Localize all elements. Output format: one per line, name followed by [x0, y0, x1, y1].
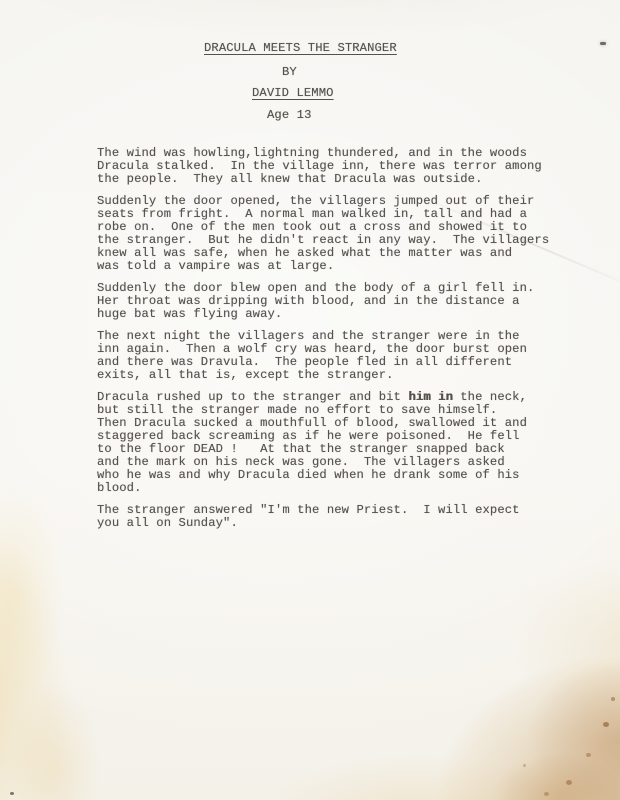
paragraph-5-end: the neck, but still the stranger made no… [97, 390, 527, 495]
paragraph-6: The stranger answered "I'm the new Pries… [97, 504, 567, 530]
stain-speck [523, 764, 526, 767]
scanned-page: DRACULA MEETS THE STRANGER BY DAVID LEMM… [0, 0, 620, 800]
stain-speck [603, 722, 609, 727]
stain-speck [566, 780, 572, 785]
ink-speck [600, 42, 606, 45]
paragraph-5-start: Dracula rushed up to the stranger and bi… [97, 390, 408, 404]
paragraph-1: The wind was howling,lightning thundered… [97, 147, 567, 186]
author-age: Age 13 [267, 109, 311, 122]
story-title: DRACULA MEETS THE STRANGER [204, 42, 397, 55]
byline: BY [282, 66, 297, 79]
paragraph-4: The next night the villagers and the str… [97, 330, 567, 382]
stain-speck [611, 697, 615, 701]
ink-speck [10, 792, 14, 795]
overstruck-text: him in [408, 390, 452, 404]
paragraph-2: Suddenly the door opened, the villagers … [97, 195, 567, 273]
paragraph-5: Dracula rushed up to the stranger and bi… [97, 391, 567, 495]
stain-speck [586, 753, 591, 757]
stain-speck [544, 792, 549, 796]
author-name: DAVID LEMMO [252, 87, 334, 100]
paragraph-3: Suddenly the door blew open and the body… [97, 282, 567, 321]
story-body: The wind was howling,lightning thundered… [97, 147, 567, 530]
